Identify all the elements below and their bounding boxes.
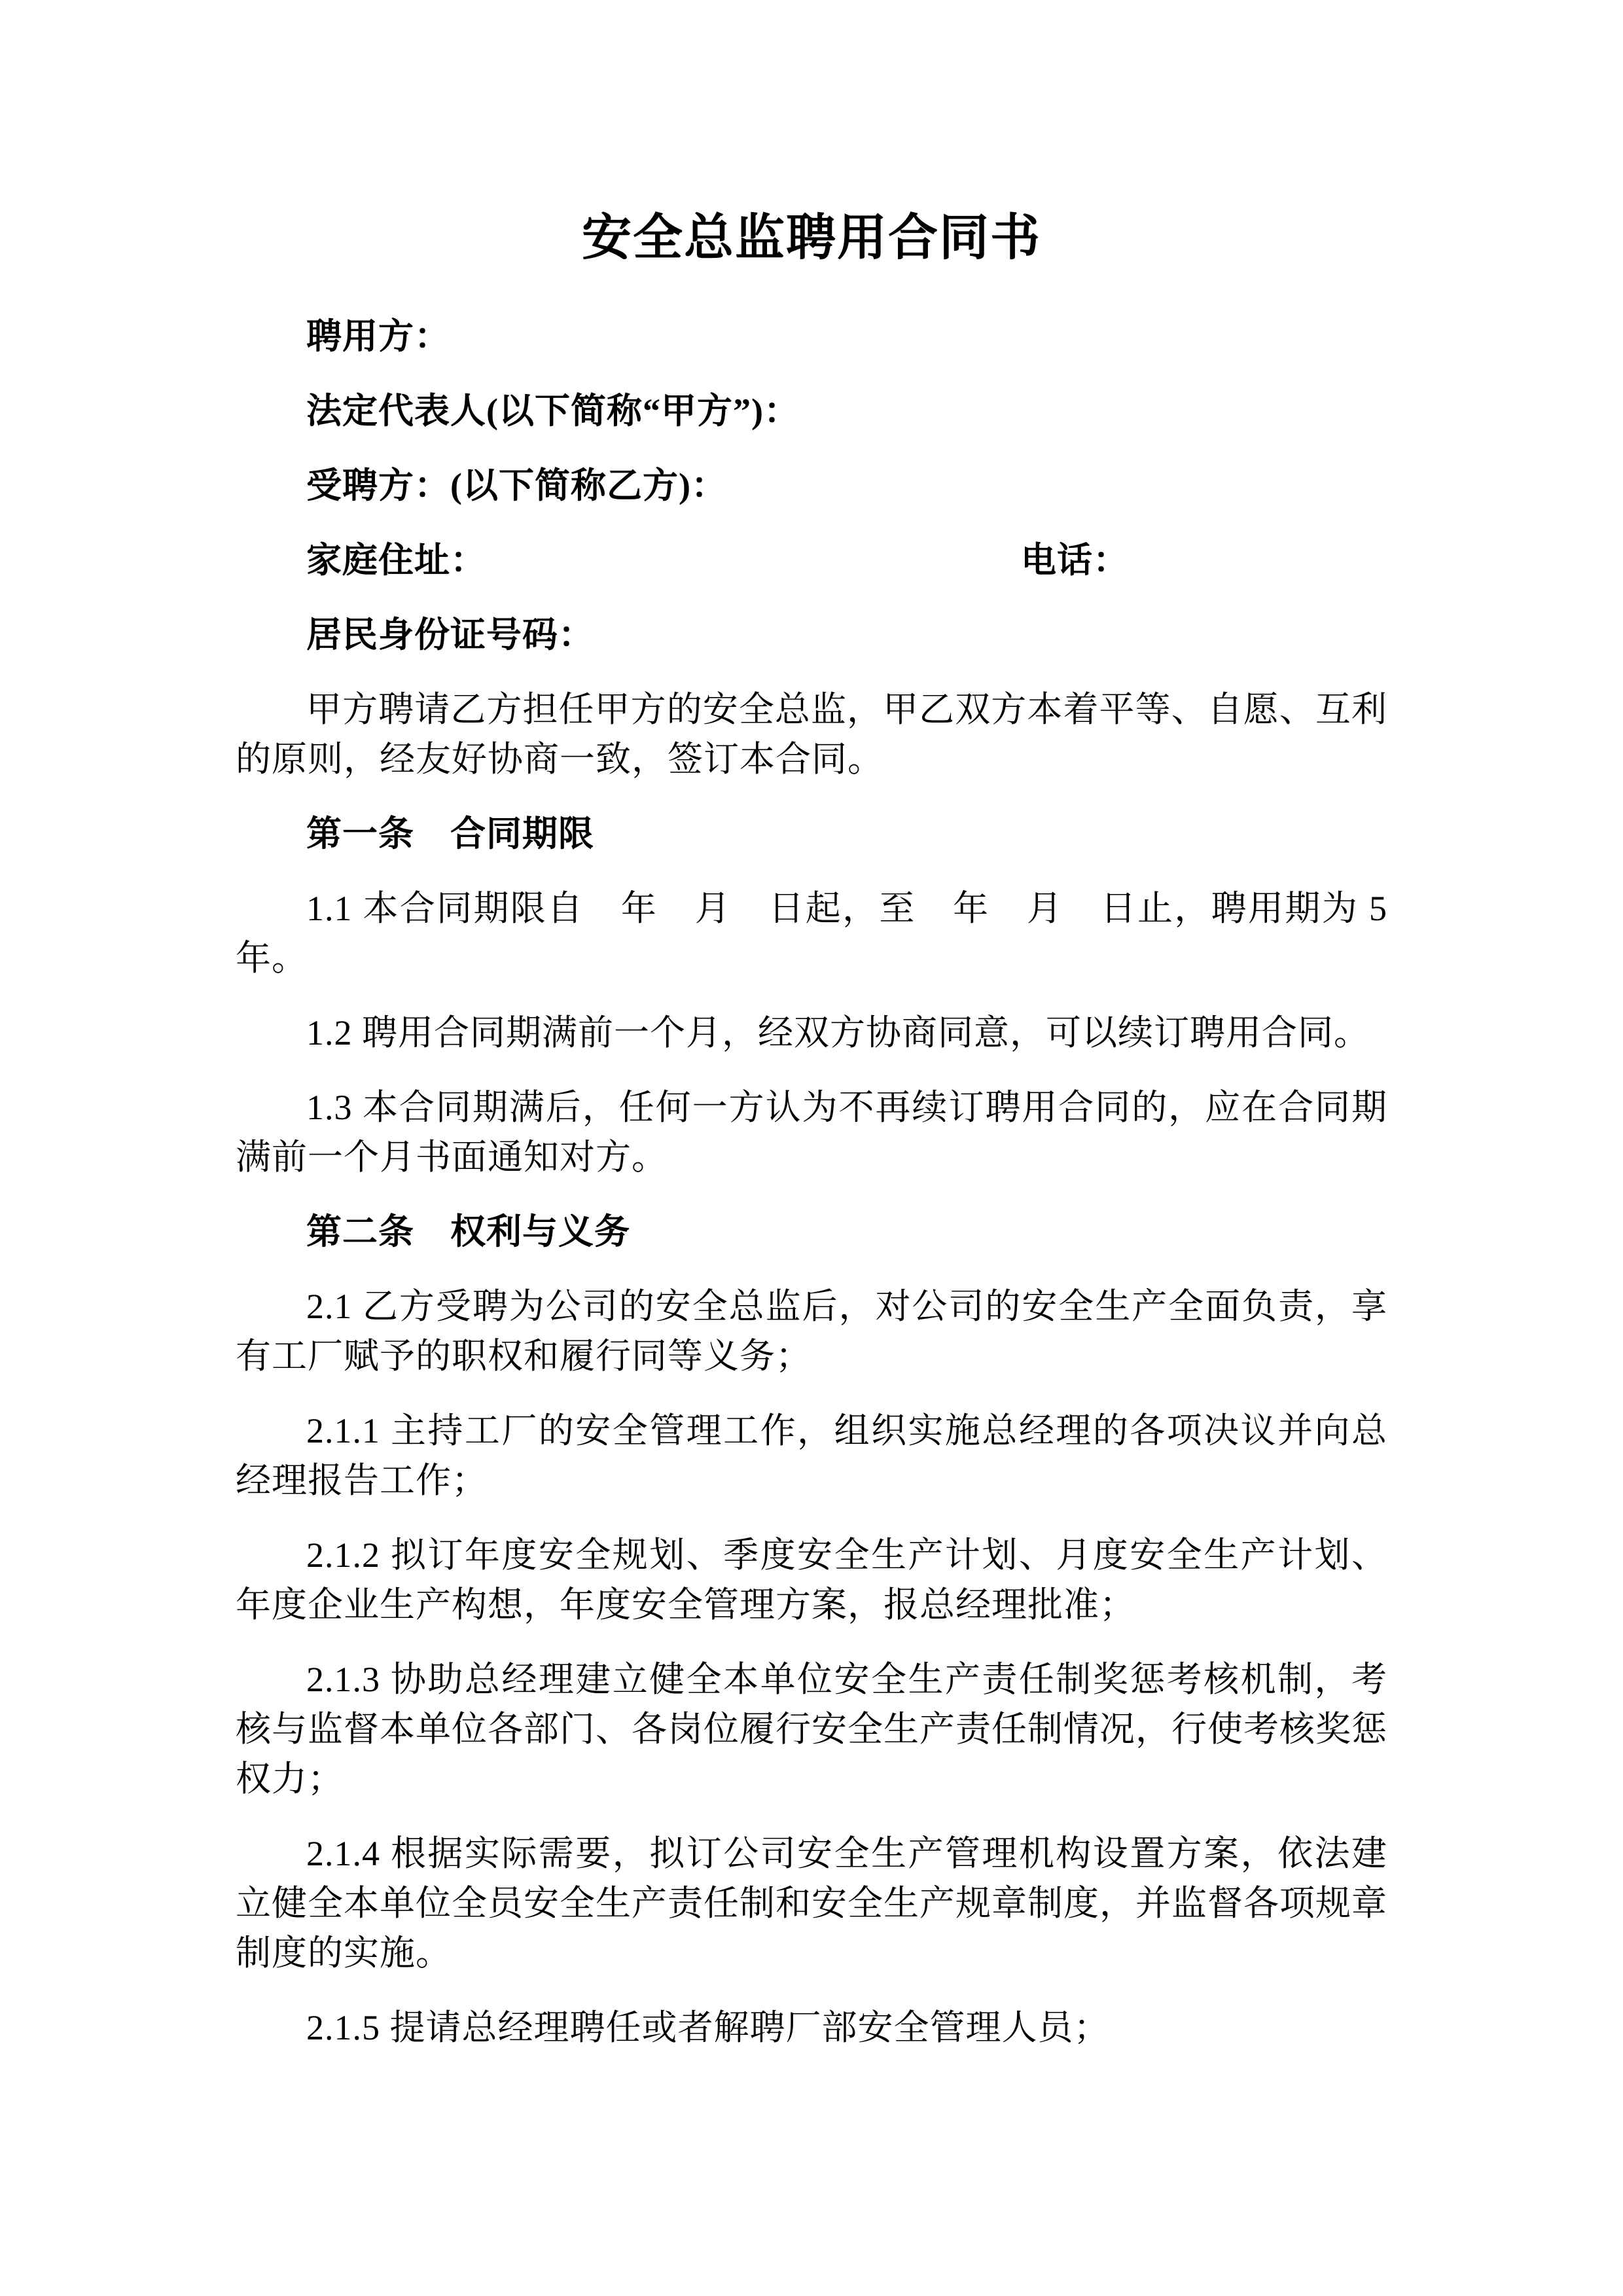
id-number-label: 居民身份证号码：: [236, 610, 1387, 660]
clause-1-2: 1.2 聘用合同期满前一个月，经双方协商同意，可以续订聘用合同。: [236, 1008, 1387, 1058]
clause-2-1: 2.1 乙方受聘为公司的安全总监后，对公司的安全生产全面负责，享有工厂赋予的职权…: [236, 1282, 1387, 1381]
clause-2-1-1: 2.1.1 主持工厂的安全管理工作，组织实施总经理的各项决议并向总经理报告工作；: [236, 1406, 1387, 1505]
clause-2-1-3: 2.1.3 协助总经理建立健全本单位安全生产责任制奖惩考核机制，考核与监督本单位…: [236, 1655, 1387, 1804]
clause-2-1-4: 2.1.4 根据实际需要，拟订公司安全生产管理机构设置方案，依法建立健全本单位全…: [236, 1829, 1387, 1978]
document-title: 安全总监聘用合同书: [236, 202, 1387, 275]
employee-label: 受聘方：(以下简称乙方)：: [236, 461, 1387, 511]
phone-label: 电话：: [1021, 535, 1129, 585]
section-1-heading: 第一条 合同期限: [236, 809, 1387, 859]
clause-2-1-5: 2.1.5 提请总经理聘任或者解聘厂部安全管理人员；: [236, 2003, 1387, 2053]
preamble-paragraph: 甲方聘请乙方担任甲方的安全总监，甲乙双方本着平等、自愿、互利的原则，经友好协商一…: [236, 685, 1387, 784]
employer-label: 聘用方：: [236, 312, 1387, 361]
address-phone-line: 家庭住址： 电话：: [236, 535, 1387, 585]
contract-document-page: 安全总监聘用合同书 聘用方： 法定代表人(以下简称“甲方”)： 受聘方：(以下简…: [0, 0, 1623, 2296]
legal-representative-label: 法定代表人(以下简称“甲方”)：: [236, 386, 1387, 436]
clause-1-1: 1.1 本合同期限自 年 月 日起，至 年 月 日止，聘用期为 5 年。: [236, 884, 1387, 983]
home-address-label: 家庭住址：: [306, 541, 486, 580]
clause-1-3: 1.3 本合同期满后，任何一方认为不再续订聘用合同的，应在合同期满前一个月书面通…: [236, 1083, 1387, 1182]
clause-2-1-2: 2.1.2 拟订年度安全规划、季度安全生产计划、月度安全生产计划、年度企业生产构…: [236, 1530, 1387, 1630]
section-2-heading: 第二条 权利与义务: [236, 1207, 1387, 1257]
